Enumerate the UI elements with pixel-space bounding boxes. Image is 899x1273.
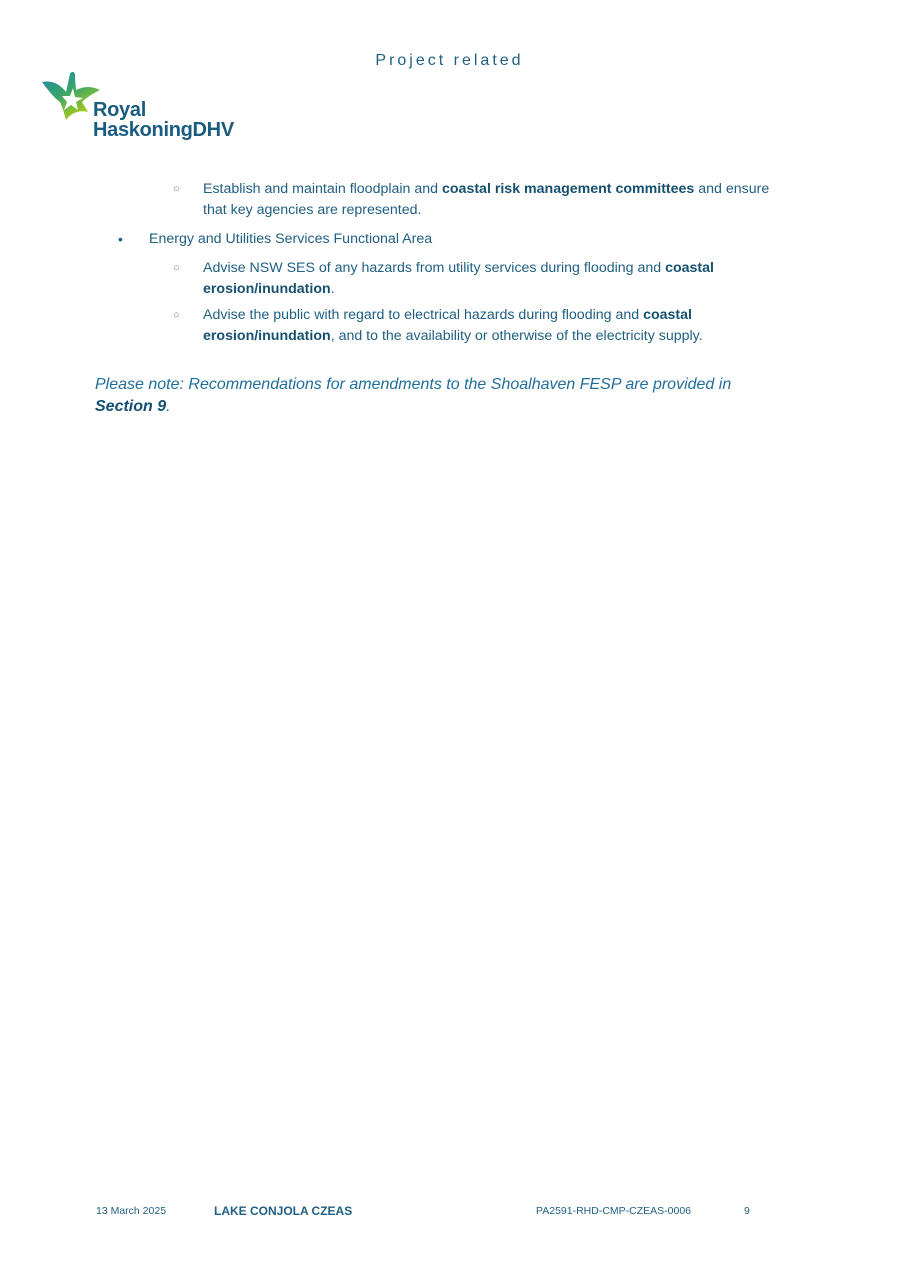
list-item: ○ Establish and maintain floodplain and …	[203, 179, 773, 221]
footer-date: 13 March 2025	[96, 1205, 166, 1217]
footer-title: LAKE CONJOLA CZEAS	[214, 1204, 352, 1218]
section-reference: Section 9	[95, 398, 166, 415]
bold-term: coastal risk management committees	[442, 181, 694, 197]
note-paragraph: Please note: Recommendations for amendme…	[95, 374, 785, 418]
hollow-bullet-icon: ○	[173, 305, 180, 326]
logo-text-line2: HaskoningDHV	[93, 120, 234, 140]
bullet-icon: •	[118, 229, 123, 250]
list-item: • Energy and Utilities Services Function…	[149, 229, 769, 250]
logo-text-line1: Royal	[93, 100, 234, 120]
footer-page-number: 9	[744, 1205, 750, 1217]
hollow-bullet-icon: ○	[173, 179, 180, 200]
list-item: ○ Advise the public with regard to elect…	[203, 305, 773, 347]
company-logo: Royal HaskoningDHV	[40, 68, 260, 148]
hollow-bullet-icon: ○	[173, 258, 180, 279]
footer-doc-code: PA2591-RHD-CMP-CZEAS-0006	[536, 1205, 691, 1217]
list-item: ○ Advise NSW SES of any hazards from uti…	[203, 258, 773, 300]
